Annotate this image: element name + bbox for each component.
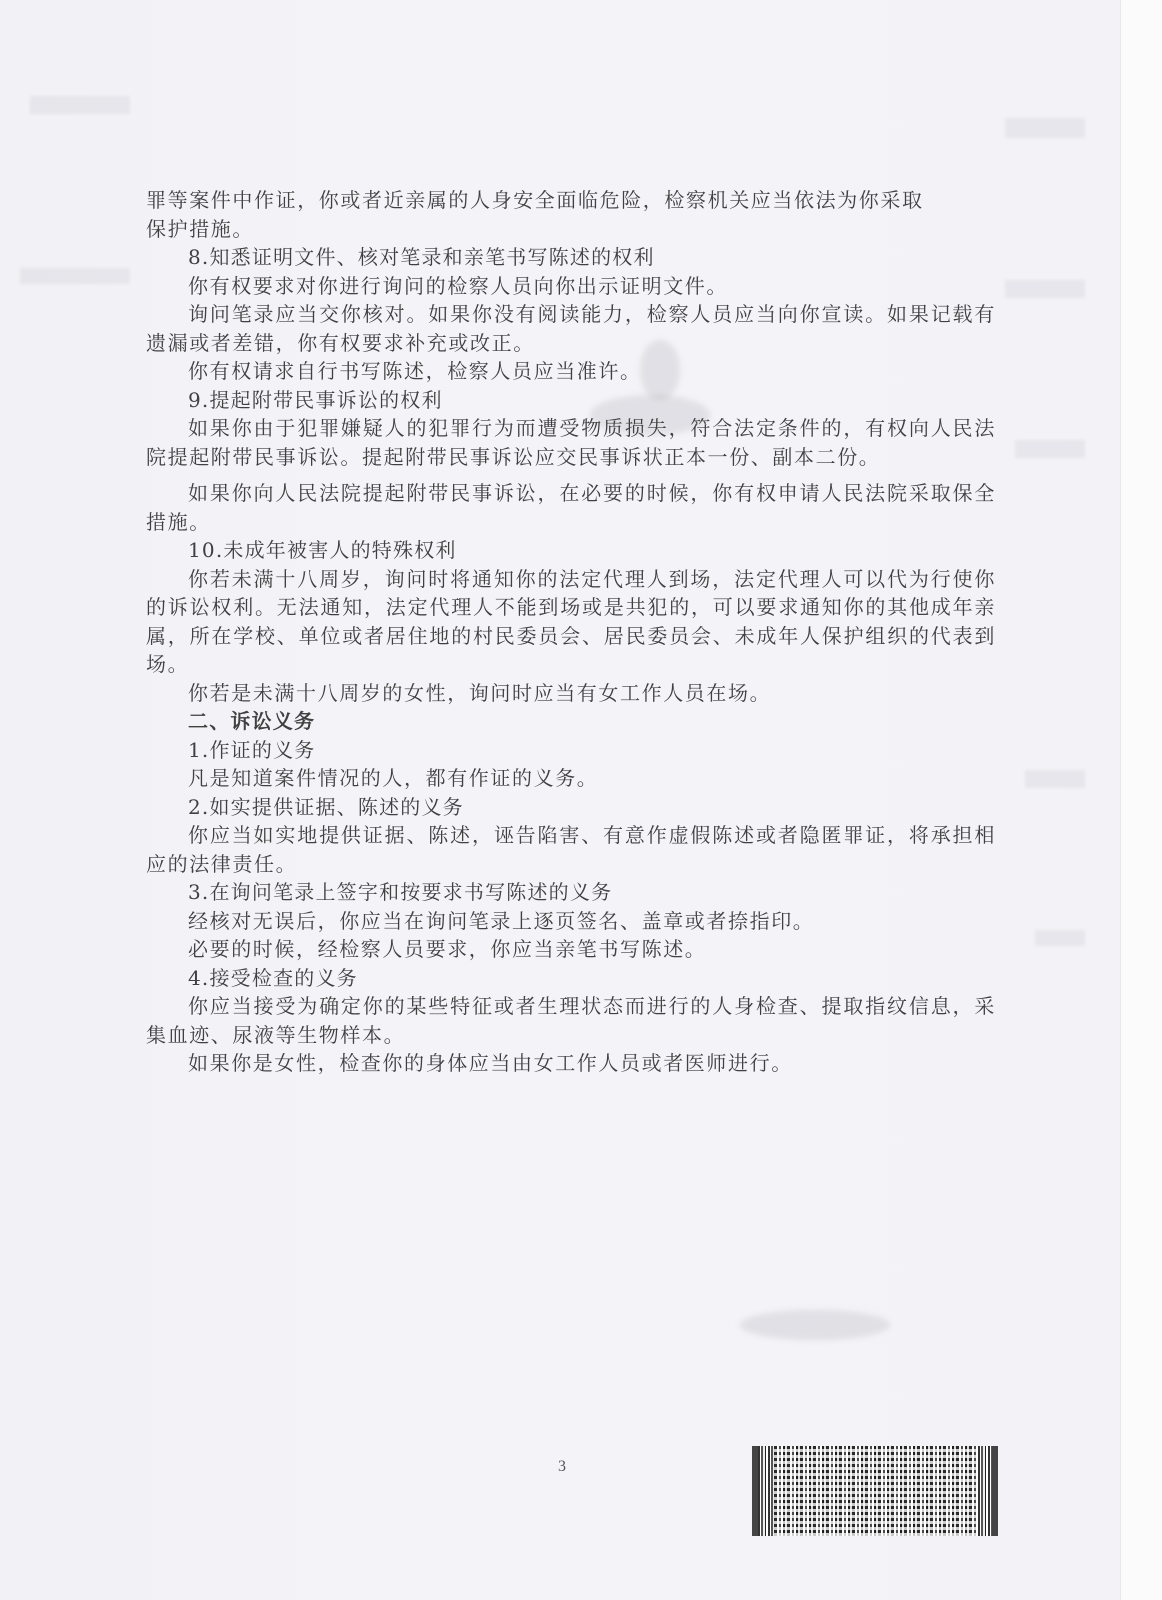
paragraph: 必要的时候，经检察人员要求，你应当亲笔书写陈述。 bbox=[146, 935, 996, 964]
paragraph: 如果你由于犯罪嫌疑人的犯罪行为而遭受物质损失，符合法定条件的，有权向人民法院提起… bbox=[146, 414, 996, 471]
bleed-through-mark bbox=[20, 268, 130, 284]
pdf417-barcode-icon bbox=[752, 1446, 998, 1536]
scan-edge bbox=[1120, 0, 1162, 1600]
paragraph: 凡是知道案件情况的人，都有作证的义务。 bbox=[146, 764, 996, 793]
obligation-heading-3: 3.在询问笔录上签字和按要求书写陈述的义务 bbox=[146, 878, 996, 907]
section-heading-10: 10.未成年被害人的特殊权利 bbox=[146, 536, 996, 565]
paragraph: 你若未满十八周岁，询问时将通知你的法定代理人到场，法定代理人可以代为行使你的诉讼… bbox=[146, 565, 996, 679]
bleed-through-mark bbox=[1005, 118, 1085, 138]
bleed-through-mark bbox=[1015, 440, 1085, 458]
paragraph: 经核对无误后，你应当在询问笔录上逐页签名、盖章或者捺指印。 bbox=[146, 907, 996, 936]
obligation-heading-1: 1.作证的义务 bbox=[146, 736, 996, 765]
paragraph: 询问笔录应当交你核对。如果你没有阅读能力，检察人员应当向你宣读。如果记载有遗漏或… bbox=[146, 300, 996, 357]
paragraph: 你应当如实地提供证据、陈述，诬告陷害、有意作虚假陈述或者隐匿罪证，将承担相应的法… bbox=[146, 821, 996, 878]
paragraph: 如果你是女性，检查你的身体应当由女工作人员或者医师进行。 bbox=[146, 1049, 996, 1078]
bleed-through-mark bbox=[1025, 770, 1085, 788]
document-body: 罪等案件中作证，你或者近亲属的人身安全面临危险，检察机关应当依法为你采取 保护措… bbox=[146, 186, 996, 1078]
paragraph: 你有权请求自行书写陈述，检察人员应当准许。 bbox=[146, 357, 996, 386]
paragraph: 你若是未满十八周岁的女性，询问时应当有女工作人员在场。 bbox=[146, 679, 996, 708]
paragraph: 你有权要求对你进行询问的检察人员向你出示证明文件。 bbox=[146, 272, 996, 301]
bleed-through-mark bbox=[1035, 930, 1085, 946]
bleed-through-mark bbox=[1005, 280, 1085, 298]
continued-text-line: 保护措施。 bbox=[146, 215, 996, 244]
page-number: 3 bbox=[558, 1458, 566, 1476]
bleed-through-mark bbox=[30, 96, 130, 114]
barcode-pattern bbox=[774, 1446, 976, 1536]
part-title-obligations: 二、诉讼义务 bbox=[146, 707, 996, 736]
continued-text-line: 罪等案件中作证，你或者近亲属的人身安全面临危险，检察机关应当依法为你采取 bbox=[146, 186, 996, 215]
obligation-heading-4: 4.接受检查的义务 bbox=[146, 964, 996, 993]
obligation-heading-2: 2.如实提供证据、陈述的义务 bbox=[146, 793, 996, 822]
paragraph: 你应当接受为确定你的某些特征或者生理状态而进行的人身检查、提取指纹信息，采集血迹… bbox=[146, 992, 996, 1049]
ink-smudge bbox=[740, 1310, 890, 1340]
paragraph: 如果你向人民法院提起附带民事诉讼，在必要的时候，你有权申请人民法院采取保全措施。 bbox=[146, 479, 996, 536]
section-heading-9: 9.提起附带民事诉讼的权利 bbox=[146, 386, 996, 415]
section-heading-8: 8.知悉证明文件、核对笔录和亲笔书写陈述的权利 bbox=[146, 243, 996, 272]
